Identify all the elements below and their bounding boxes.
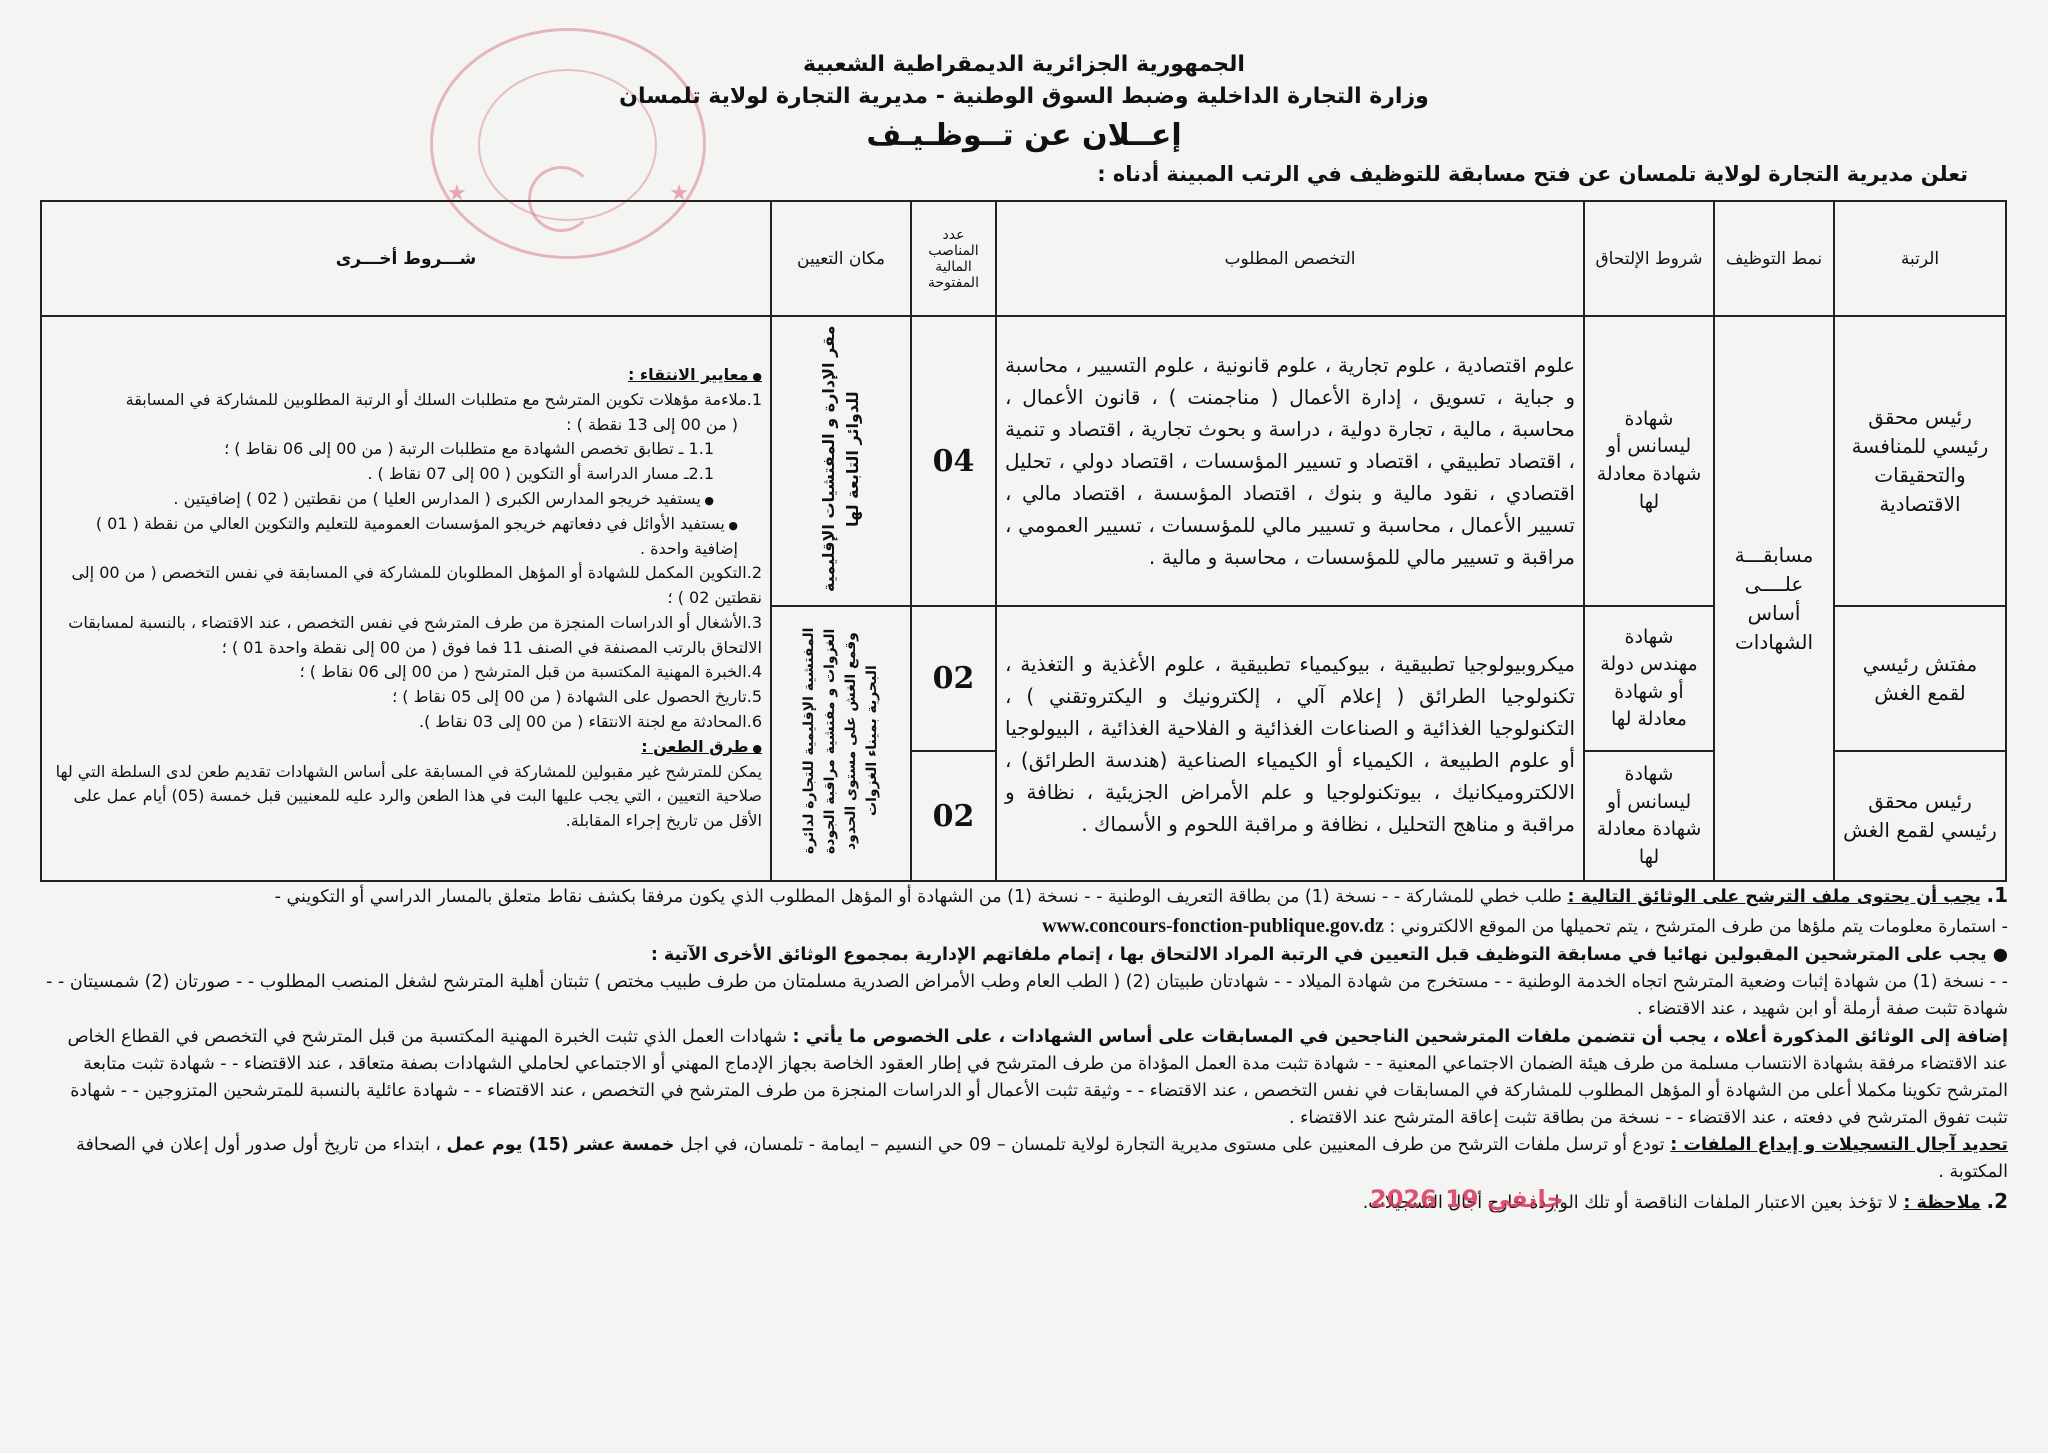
criterion-5: 5.تاريخ الحصول على الشهادة ( من 00 إلى 0… <box>50 685 762 710</box>
page-title: إعــلان عن تــوظـيـف <box>0 118 2048 153</box>
deadline-paragraph: تحديد آجال التسجيلات و إيداع الملفات : ت… <box>40 1132 2008 1186</box>
header-conditions: شروط الإلتحاق <box>1584 201 1714 316</box>
table-header-row: الرتبة نمط التوظيف شروط الإلتحاق التخصص … <box>41 201 2006 316</box>
documents-text: طلب خطي للمشاركة - - نسخة (1) من بطاقة ا… <box>275 887 1568 907</box>
criterion-1-2: 2.1ـ مسار الدراسة أو التكوين ( 00 إلى 07… <box>50 462 762 487</box>
specialty-cell: ميكروبيولوجيا تطبيقية ، بيوكيمياء تطبيقي… <box>996 606 1584 881</box>
conditions-cell: شهادة مهندس دولة أو شهادة معادلة لها <box>1584 606 1714 751</box>
required-documents: 1. يجب أن يحتوى ملف الترشح على الوثائق ا… <box>40 880 2008 911</box>
additional-title: يجب أن تتضمن ملفات المترشحين الناجحين في… <box>792 1027 1706 1047</box>
header-other: شـــروط أخـــرى <box>41 201 771 316</box>
date-stamp: 2026 جانفي 19 <box>1370 1185 1564 1213</box>
positions-table: الرتبة نمط التوظيف شروط الإلتحاق التخصص … <box>40 200 2007 882</box>
info-form-line: - استمارة معلومات يتم ملؤها من طرف المتر… <box>40 911 2008 942</box>
positions-count: 02 <box>911 751 996 881</box>
positions-count: 04 <box>911 316 996 606</box>
bonus-1: يستفيد خريجو المدارس الكبرى ( المدارس ال… <box>50 487 762 512</box>
recruitment-announcement-page: ★ ★ الجمهورية الجزائرية الديمقراطية الشع… <box>0 0 2048 1453</box>
appeal-text: يمكن للمترشح غير مقبولين للمشاركة في الم… <box>50 760 762 834</box>
appeal-title: طرق الطعن : <box>50 735 762 760</box>
criterion-3: 3.الأشغال أو الدراسات المنجزة من طرف الم… <box>50 611 762 661</box>
header-positions: عدد المناصب المالية المفتوحة <box>911 201 996 316</box>
website-link[interactable]: www.concours-fonction-publique.gov.dz <box>1042 915 1384 937</box>
place-text: المفتشية الإقليمية للتجارة لدائرة الغزوا… <box>799 611 883 871</box>
successful-candidates-paragraph: إضافة إلى الوثائق المذكورة أعلاه ، يجب أ… <box>40 1024 2008 1133</box>
criteria-title: معايير الانتقاء : <box>50 363 762 388</box>
specialty-cell: علوم اقتصادية ، علوم تجارية ، علوم قانون… <box>996 316 1584 606</box>
admitted-documents-text: - - نسخة (1) من شهادة إثبات وضعية المترش… <box>40 969 2008 1023</box>
deadline-days: خمسة عشر (15) يوم عمل <box>447 1135 675 1155</box>
criterion-1: 1.ملاءمة مؤهلات تكوين المترشح مع متطلبات… <box>50 388 762 413</box>
item-number: 1. <box>1986 883 2008 907</box>
requirements-section: 1. يجب أن يحتوى ملف الترشح على الوثائق ا… <box>40 880 2008 1217</box>
deadline-title: تحديد آجال التسجيلات و إيداع الملفات : <box>1670 1135 2008 1155</box>
criterion-1-range: ( من 00 إلى 13 نقطة ) : <box>50 413 762 438</box>
criterion-1-1: 1.1 ـ تطابق تخصص الشهادة مع متطلبات الرت… <box>50 437 762 462</box>
conditions-cell: شهادة ليسانس أو شهادة معادلة لها <box>1584 751 1714 881</box>
positions-count: 02 <box>911 606 996 751</box>
republic-name: الجمهورية الجزائرية الديمقراطية الشعبية <box>0 52 2048 77</box>
recruitment-mode-cell: مسابقـــة علــــى أساس الشهادات <box>1714 316 1834 881</box>
item-number: 2. <box>1986 1189 2008 1213</box>
conditions-cell: شهادة ليسانس أو شهادة معادلة لها <box>1584 316 1714 606</box>
place-text: مقر الإدارة و المفتشيات الإقليمية للدوائ… <box>817 324 865 594</box>
rank-cell: مفتش رئيسي لقمع الغش <box>1834 606 2006 751</box>
intro-text: تعلن مديرية التجارة لولاية تلمسان عن فتح… <box>1097 162 1968 186</box>
criterion-6: 6.المحادثة مع لجنة الانتقاء ( من 00 إلى … <box>50 710 762 735</box>
note-paragraph: 2. ملاحظة : لا تؤخذ بعين الاعتبار الملفا… <box>40 1186 2008 1217</box>
header-specialty: التخصص المطلوب <box>996 201 1584 316</box>
table-row: رئيس محقق رئيسي للمنافسة والتحقيقات الاق… <box>41 316 2006 606</box>
place-cell: مقر الإدارة و المفتشيات الإقليمية للدوائ… <box>771 316 911 606</box>
header-rank: الرتبة <box>1834 201 2006 316</box>
criterion-4: 4.الخبرة المهنية المكتسبة من قبل المترشح… <box>50 660 762 685</box>
bonus-2: يستفيد الأوائل في دفعاتهم خريجو المؤسسات… <box>50 512 762 562</box>
deadline-text: تودع أو ترسل ملفات الترشح من طرف المعنيي… <box>674 1135 1670 1155</box>
rank-cell: رئيس محقق رئيسي للمنافسة والتحقيقات الاق… <box>1834 316 2006 606</box>
criterion-2: 2.التكوين المكمل للشهادة أو المؤهل المطل… <box>50 561 762 611</box>
additional-lead: إضافة إلى الوثائق المذكورة أعلاه ، <box>1706 1027 2008 1047</box>
other-conditions-cell: معايير الانتقاء : 1.ملاءمة مؤهلات تكوين … <box>41 316 771 881</box>
ministry-directorate: وزارة التجارة الداخلية وضبط السوق الوطني… <box>0 84 2048 109</box>
rank-cell: رئيس محقق رئيسي لقمع الغش <box>1834 751 2006 881</box>
admitted-candidates-title: ● يجب على المترشحين المقبولين نهائيا في … <box>40 942 2008 969</box>
documents-title: يجب أن يحتوى ملف الترشح على الوثائق التا… <box>1567 887 1980 907</box>
note-title: ملاحظة : <box>1903 1193 1981 1213</box>
header-mode: نمط التوظيف <box>1714 201 1834 316</box>
header-place: مكان التعيين <box>771 201 911 316</box>
place-cell: المفتشية الإقليمية للتجارة لدائرة الغزوا… <box>771 606 911 881</box>
info-form-text: - استمارة معلومات يتم ملؤها من طرف المتر… <box>1384 917 2008 937</box>
